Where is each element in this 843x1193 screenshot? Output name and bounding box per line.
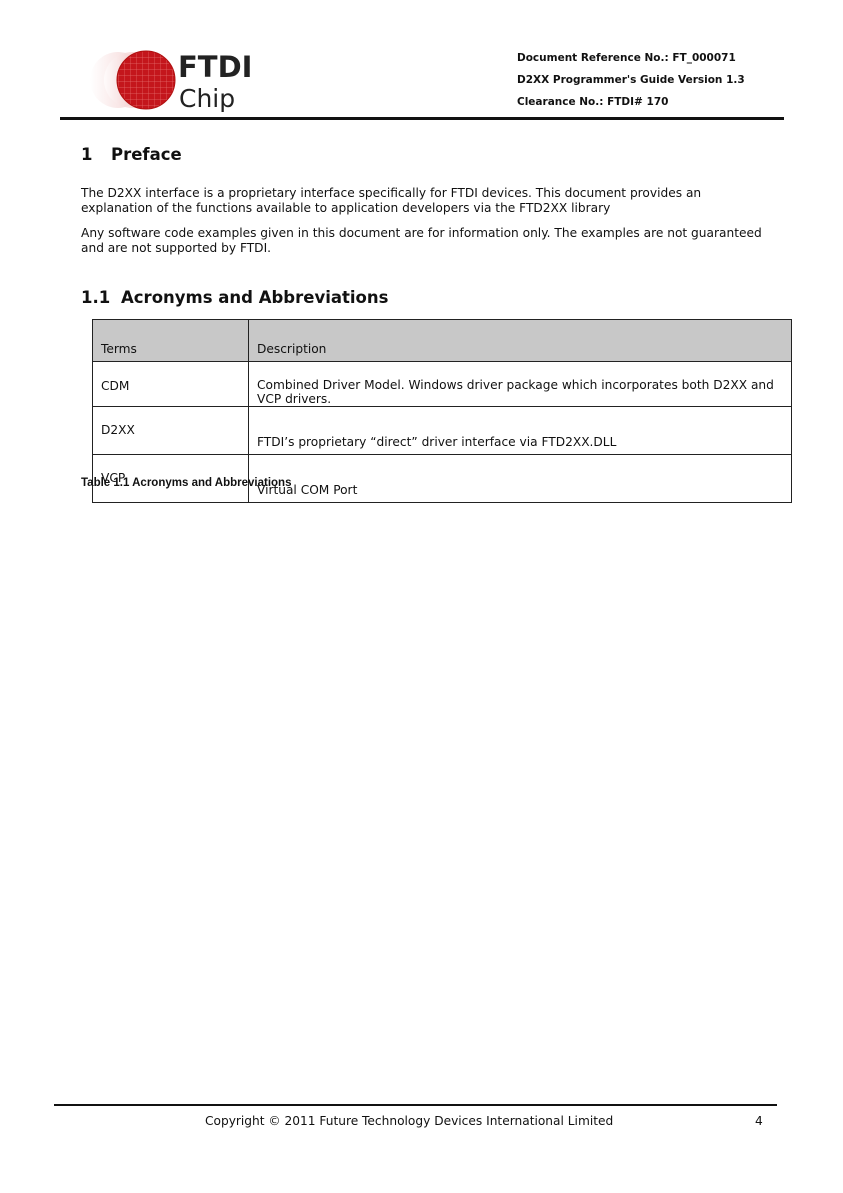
term-cell: CDM	[93, 362, 249, 407]
table-caption: Table 1.1 Acronyms and Abbreviations	[81, 477, 291, 489]
header-info: Document Reference No.: FT_000071 D2XX P…	[517, 47, 745, 113]
clearance-number: Clearance No.: FTDI# 170	[517, 91, 745, 113]
ftdi-chip-logo: FTDI Chip	[82, 45, 252, 115]
preface-paragraph-2: Any software code examples given in this…	[81, 226, 771, 256]
term-cell: D2XX	[93, 407, 249, 455]
footer-copyright: Copyright © 2011 Future Technology Devic…	[205, 1114, 613, 1128]
section-heading-acronyms: 1.1Acronyms and Abbreviations	[81, 288, 388, 307]
document-reference: Document Reference No.: FT_000071	[517, 47, 745, 69]
table-row: CDM Combined Driver Model. Windows drive…	[93, 362, 792, 407]
description-cell: Combined Driver Model. Windows driver pa…	[249, 362, 792, 407]
page-number: 4	[755, 1114, 763, 1128]
footer-divider	[54, 1104, 777, 1106]
document-title: D2XX Programmer's Guide Version 1.3	[517, 69, 745, 91]
section-title: Preface	[111, 145, 182, 164]
column-header-description: Description	[249, 320, 792, 362]
section-heading-preface: 1Preface	[81, 145, 182, 164]
table-row: D2XX FTDI’s proprietary “direct” driver …	[93, 407, 792, 455]
header-divider	[60, 117, 784, 120]
section-number: 1.1	[81, 288, 121, 307]
column-header-terms: Terms	[93, 320, 249, 362]
acronyms-table: Terms Description CDM Combined Driver Mo…	[92, 319, 792, 503]
section-number: 1	[81, 145, 111, 164]
section-title: Acronyms and Abbreviations	[121, 288, 388, 307]
table-header-row: Terms Description	[93, 320, 792, 362]
svg-text:Chip: Chip	[179, 84, 235, 113]
preface-paragraph-1: The D2XX interface is a proprietary inte…	[81, 186, 771, 216]
svg-text:FTDI: FTDI	[178, 50, 252, 84]
description-cell: FTDI’s proprietary “direct” driver inter…	[249, 407, 792, 455]
description-cell: Virtual COM Port	[249, 455, 792, 503]
